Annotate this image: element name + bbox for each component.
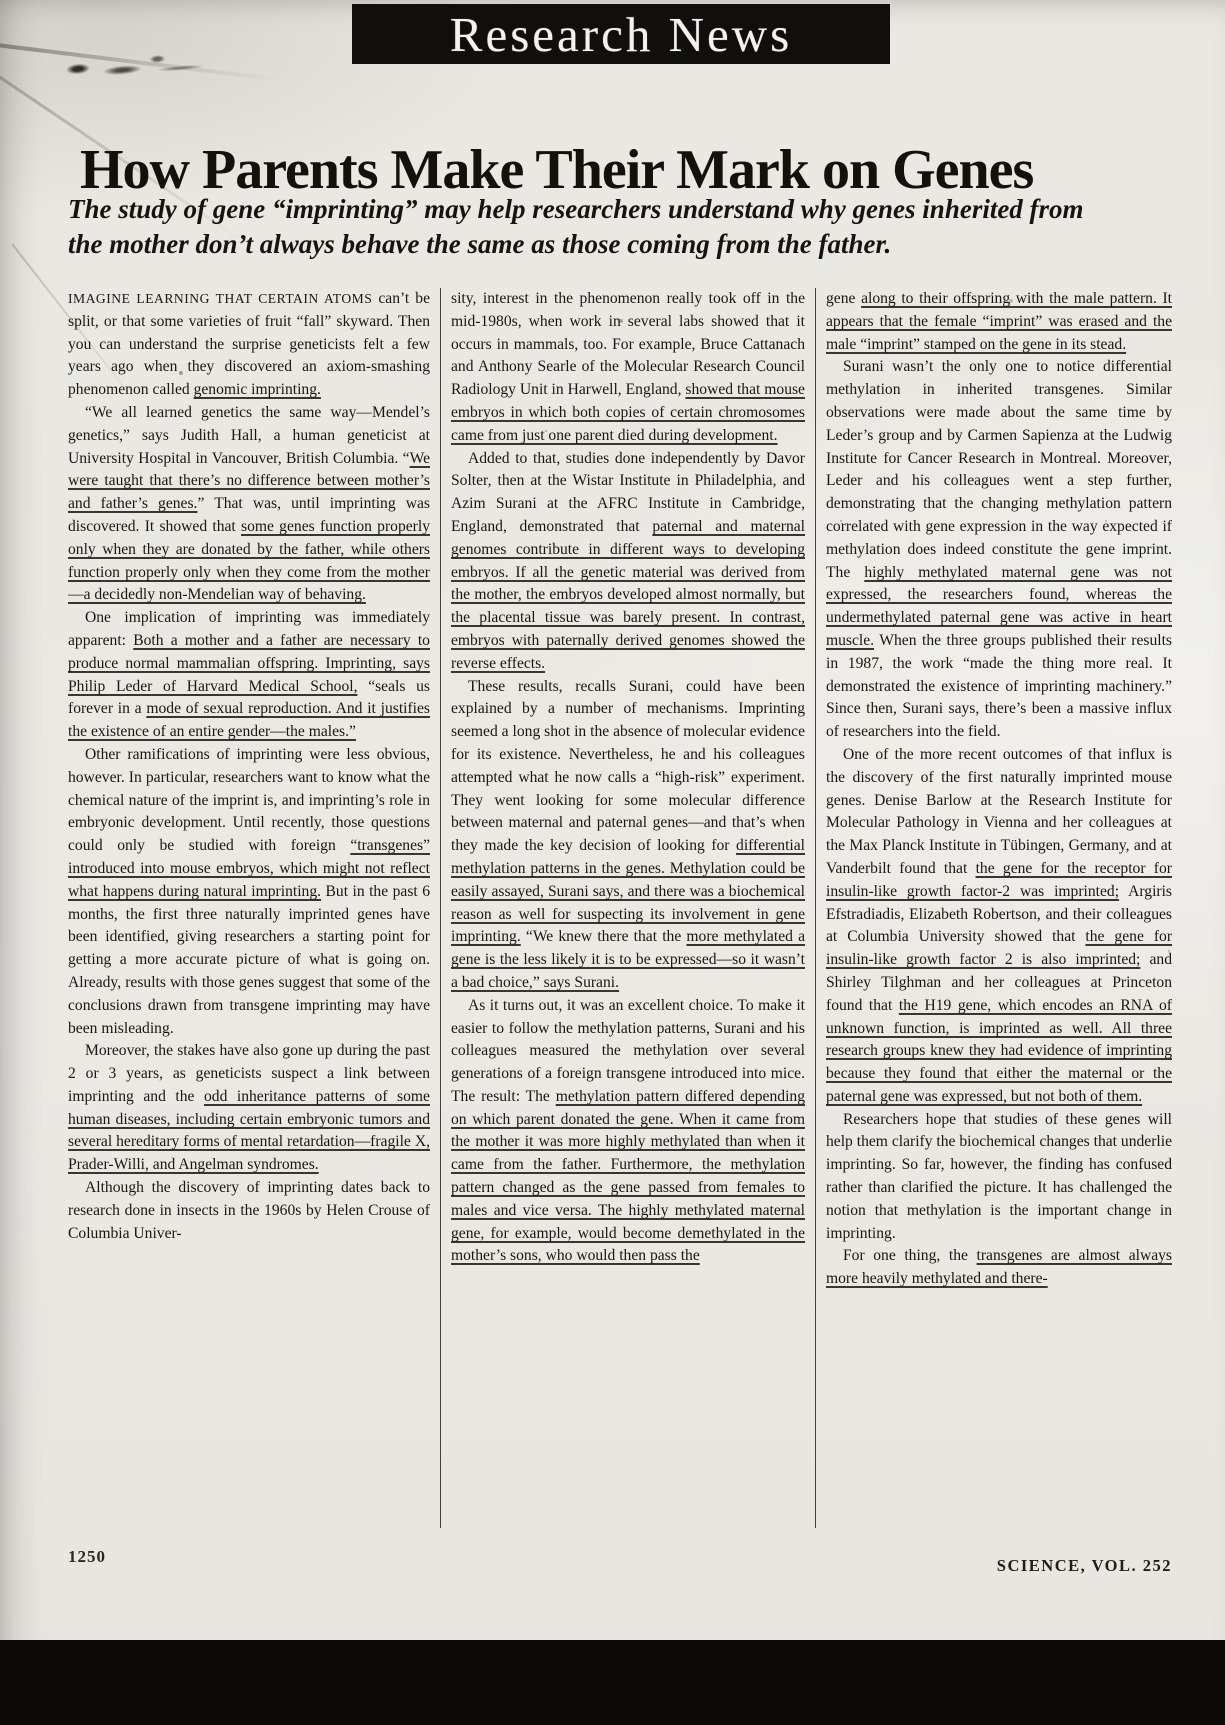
body-text: These results, recalls Surani, could hav… — [451, 678, 805, 855]
page-number: 1250 — [68, 1547, 106, 1567]
body-text: Although the discovery of imprinting dat… — [68, 1179, 430, 1242]
underlined-text: methylation pattern differed depending o… — [451, 1088, 805, 1265]
paragraph: gene along to their offspring with the m… — [826, 288, 1172, 356]
scan-specks — [0, 0, 2, 2]
underlined-text: genomic imprinting. — [194, 381, 321, 398]
paragraph: These results, recalls Surani, could hav… — [451, 676, 805, 995]
paragraph: Researchers hope that studies of these g… — [826, 1109, 1172, 1246]
ink-smudge — [49, 39, 222, 94]
body-text: “We all learned genetics the same way—Me… — [68, 404, 430, 467]
paragraph: Imagine learning that certain atoms can’… — [68, 288, 430, 402]
paragraph: Other ramifications of imprinting were l… — [68, 744, 430, 1040]
article-deck: The study of gene “imprinting” may help … — [68, 192, 1124, 262]
column-1: Imagine learning that certain atoms can’… — [68, 288, 430, 1532]
paragraph: One implication of imprinting was immedi… — [68, 607, 430, 744]
underlined-text: paternal and maternal genomes contribute… — [451, 518, 805, 672]
article-columns: Imagine learning that certain atoms can’… — [68, 288, 1172, 1532]
body-text: When the three groups published their re… — [826, 632, 1172, 740]
paragraph: “We all learned genetics the same way—Me… — [68, 402, 430, 607]
body-text: Surani wasn’t the only one to notice dif… — [826, 358, 1172, 580]
magazine-page: Research News How Parents Make Their Mar… — [0, 0, 1225, 1725]
paragraph: sity, interest in the phenomenon really … — [451, 288, 805, 448]
journal-citation: SCIENCE, VOL. 252 — [997, 1556, 1172, 1576]
paragraph: Added to that, studies done independentl… — [451, 448, 805, 676]
paragraph: Moreover, the stakes have also gone up d… — [68, 1040, 430, 1177]
underlined-text: along to their offspring with the male p… — [826, 290, 1172, 353]
body-text: “We knew there that the — [521, 928, 687, 945]
paragraph: Although the discovery of imprinting dat… — [68, 1177, 430, 1245]
column-divider — [815, 288, 816, 1528]
section-banner: Research News — [352, 4, 890, 64]
body-text: gene — [826, 290, 861, 307]
column-2: sity, interest in the phenomenon really … — [451, 288, 805, 1532]
column-3: gene along to their offspring with the m… — [826, 288, 1172, 1532]
body-text: For one thing, the — [843, 1247, 977, 1264]
body-text: Researchers hope that studies of these g… — [826, 1111, 1172, 1242]
body-text: But in the past 6 months, the first thre… — [68, 883, 430, 1037]
paragraph: For one thing, the transgenes are almost… — [826, 1245, 1172, 1291]
paragraph: One of the more recent outcomes of that … — [826, 744, 1172, 1109]
column-divider — [440, 288, 441, 1528]
bottom-ink-bar — [0, 1640, 1225, 1725]
body-text: Imagine learning that certain atoms — [68, 291, 372, 306]
paragraph: Surani wasn’t the only one to notice dif… — [826, 356, 1172, 744]
paragraph: As it turns out, it was an excellent cho… — [451, 995, 805, 1269]
body-text: One of the more recent outcomes of that … — [826, 746, 1172, 877]
